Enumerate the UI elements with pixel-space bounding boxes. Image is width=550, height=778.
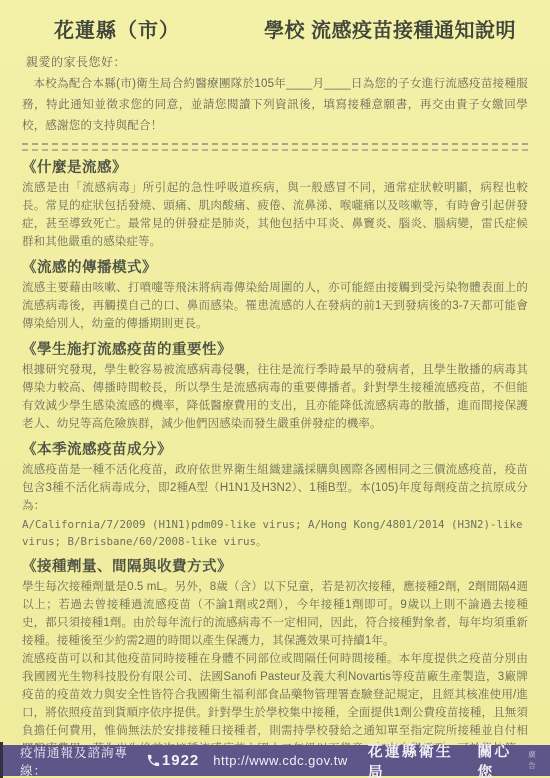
footer-tagline: 關心您 xyxy=(477,740,524,778)
section-body: 流感疫苗是一種不活化疫苗，政府依世界衛生組織建議採購與國際各國相同之三價流感疫苗… xyxy=(22,461,528,515)
section-body: 學生每次接種劑量是0.5 mL。另外，8歲（含）以下兒童，若是初次接種，應接種2… xyxy=(22,578,528,650)
section-body: 根據研究發現，學生較容易被流感病毒侵襲，往往是流行季時最早的發病者，且學生散播的… xyxy=(22,361,528,433)
document-title: 花蓮縣（市） 學校 流感疫苗接種通知說明 xyxy=(22,14,528,43)
scan-edge-artifact xyxy=(0,742,3,778)
section-vaccine-composition: 《本季流感疫苗成分》 流感疫苗是一種不活化疫苗，政府依世界衛生組織建議採購與國際… xyxy=(22,438,528,550)
section-importance: 《學生施打流感疫苗的重要性》 根據研究發現，學生較容易被流感病毒侵襲，往往是流行… xyxy=(22,338,528,433)
section-heading: 《流感的傳播模式》 xyxy=(22,256,528,277)
notice-page: 花蓮縣（市） 學校 流感疫苗接種通知說明 親愛的家長您好： 本校為配合本縣(市)… xyxy=(0,0,550,778)
section-heading: 《接種劑量、間隔與收費方式》 xyxy=(22,555,528,576)
section-what-is-flu: 《什麼是流感》 流感是由「流感病毒」所引起的急性呼吸道疾病，與一般感冒不同，通常… xyxy=(22,156,528,251)
section-heading: 《什麼是流感》 xyxy=(22,156,528,177)
footer-bar: 疫情通報及諮詢專線： 1922 http://www.cdc.gov.tw 花蓮… xyxy=(0,745,550,776)
section-heading: 《本季流感疫苗成分》 xyxy=(22,438,528,459)
hotline-label: 疫情通報及諮詢專線： xyxy=(20,743,144,778)
section-transmission: 《流感的傳播模式》 流感主要藉由咳嗽、打噴嚏等飛沫將病毒傳染給周圍的人，亦可能經… xyxy=(22,256,528,333)
section-heading: 《學生施打流感疫苗的重要性》 xyxy=(22,338,528,359)
health-bureau-name: 花蓮縣衛生局 xyxy=(368,740,462,778)
vaccine-strain-list: A/California/7/2009 (H1N1)pdm09-like vir… xyxy=(22,516,528,550)
phone-icon xyxy=(146,753,161,768)
notice-title: 學校 流感疫苗接種通知說明 xyxy=(264,14,516,43)
cdc-url: http://www.cdc.gov.tw xyxy=(213,753,348,768)
section-body: 流感主要藉由咳嗽、打噴嚏等飛沫將病毒傳染給周圍的人，亦可能經由接觸到受污染物體表… xyxy=(22,279,528,333)
greeting-line: 親愛的家長您好： xyxy=(26,53,528,70)
intro-paragraph: 本校為配合本縣(市)衛生局合約醫療團隊於105年____月____日為您的子女進… xyxy=(22,74,528,137)
ad-mark: 廣告 xyxy=(528,749,542,776)
dashed-separator xyxy=(22,143,528,151)
hotline-number: 1922 xyxy=(162,752,199,769)
section-body: 流感是由「流感病毒」所引起的急性呼吸道疾病，與一般感冒不同，通常症狀較明顯，病程… xyxy=(22,179,528,251)
county-title: 花蓮縣（市） xyxy=(54,14,180,43)
